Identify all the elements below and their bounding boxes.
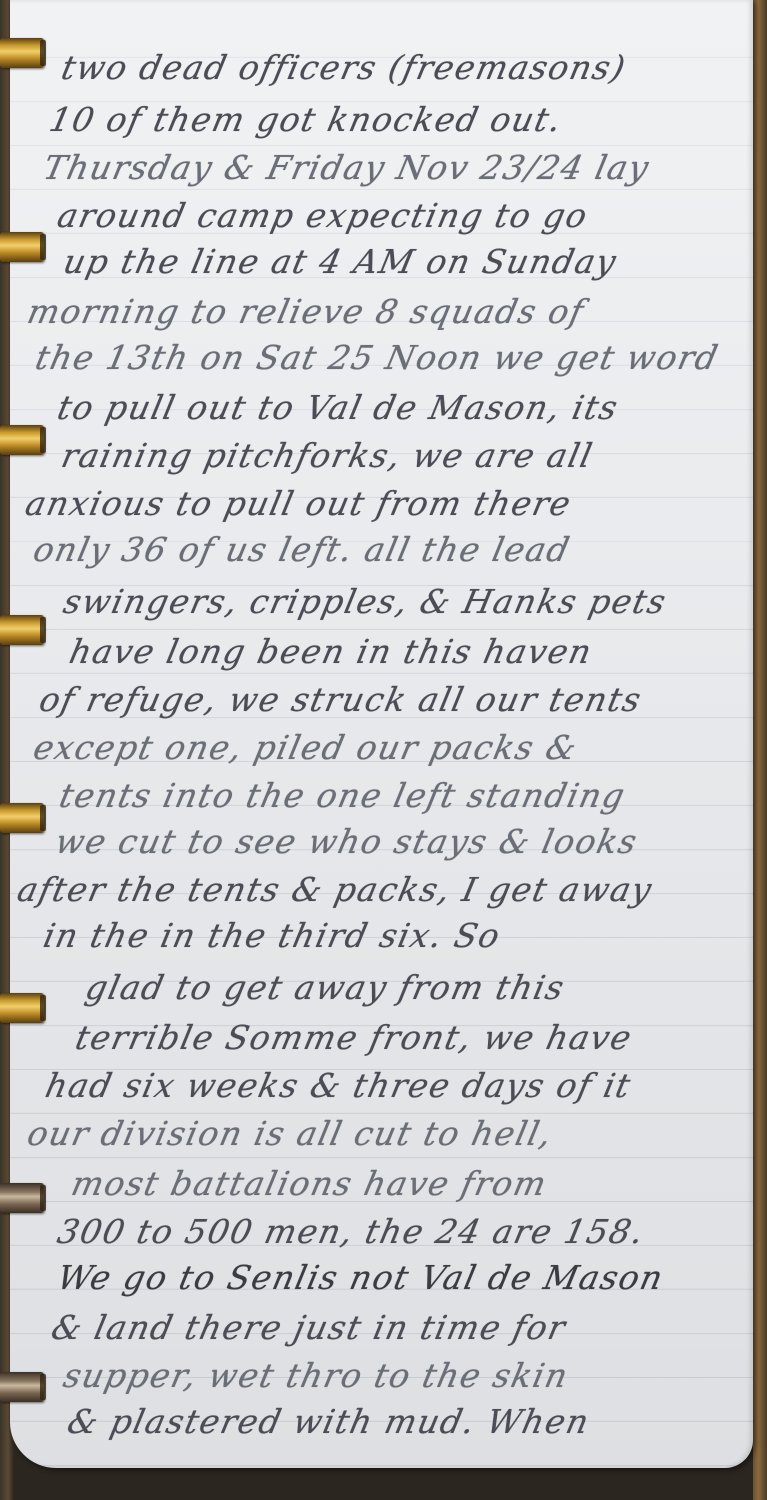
text-line-2: 10 of them got knocked out. [46, 100, 566, 139]
text-line-14: of refuge, we struck all our tents [36, 680, 646, 719]
text-line-12: swingers, cripples, & Hanks pets [60, 582, 671, 621]
text-line-26: We go to Senlis not Val de Mason [54, 1258, 668, 1297]
text-line-11: only 36 of us left. all the lead [30, 530, 574, 569]
text-line-10: anxious to pull out from there [22, 484, 575, 523]
text-line-4: around camp expecting to go [54, 196, 592, 235]
text-line-27: & land there just in time for [48, 1308, 570, 1347]
text-line-22: had six weeks & three days of it [42, 1066, 635, 1105]
text-line-7: the 13th on Sat 25 Noon we get word [32, 338, 722, 377]
text-line-15: except one, piled our packs & [30, 728, 581, 767]
text-line-28: supper, wet thro to the skin [60, 1356, 572, 1395]
text-line-18: after the tents & packs, I get away [14, 870, 656, 909]
text-line-29: & plastered with mud. When [64, 1402, 594, 1441]
text-line-13: have long been in this haven [66, 632, 596, 671]
text-line-25: 300 to 500 men, the 24 are 158. [54, 1212, 648, 1251]
text-line-1: two dead officers (freemasons) [58, 48, 630, 87]
handwritten-text: two dead officers (freemasons) 10 of the… [0, 0, 767, 1500]
text-line-6: morning to relieve 8 squads of [24, 292, 588, 331]
text-line-19: in the in the third six. So [40, 916, 504, 955]
text-line-24: most battalions have from [68, 1164, 551, 1203]
text-line-20: glad to get away from this [82, 968, 569, 1007]
text-line-3: Thursday & Friday Nov 23/24 lay [40, 148, 653, 187]
notebook-photo: two dead officers (freemasons) 10 of the… [0, 0, 767, 1500]
text-line-16: tents into the one left standing [56, 776, 629, 815]
text-line-9: raining pitchforks, we are all [58, 436, 597, 475]
text-line-21: terrible Somme front, we have [72, 1018, 636, 1057]
text-line-5: up the line at 4 AM on Sunday [60, 242, 621, 281]
text-line-23: our division is all cut to hell, [24, 1114, 556, 1153]
text-line-8: to pull out to Val de Mason, its [54, 388, 622, 427]
text-line-17: we cut to see who stays & looks [52, 822, 642, 861]
